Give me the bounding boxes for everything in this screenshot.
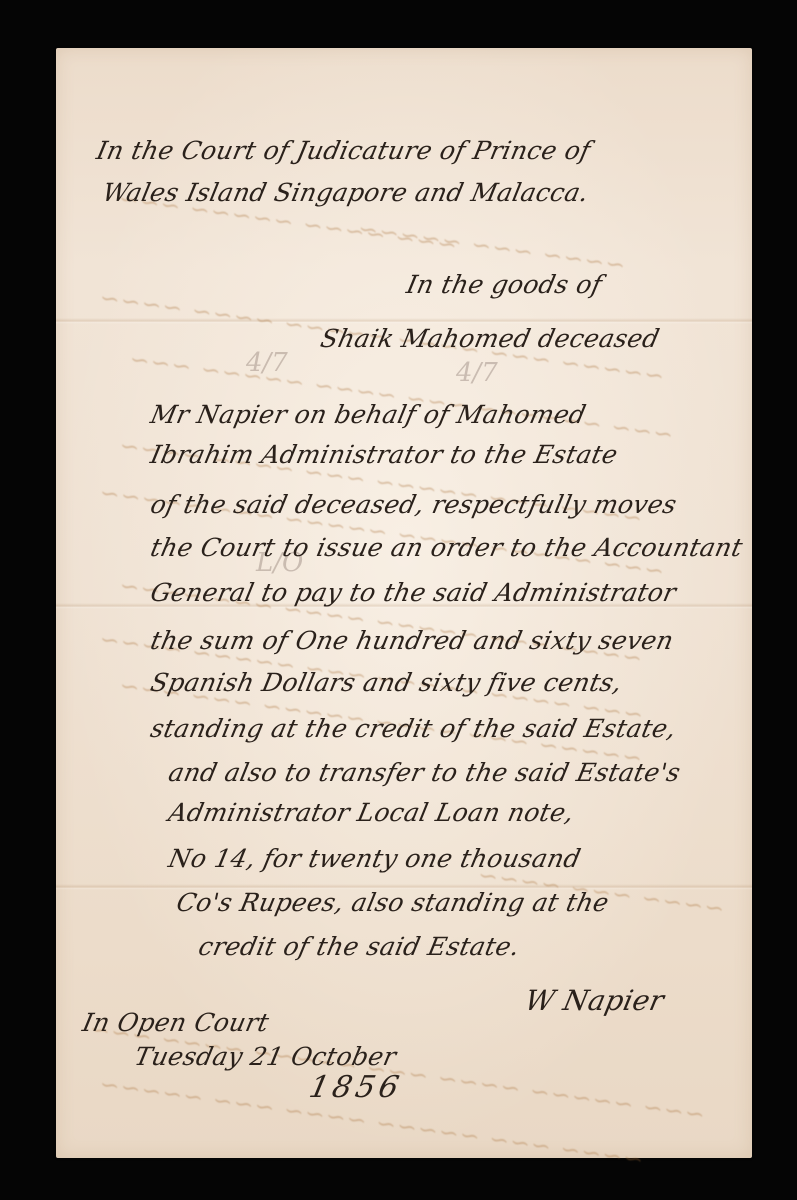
body-line: standing at the credit of the said Estat… bbox=[148, 714, 679, 743]
endorsement-year: 1856 bbox=[306, 1070, 406, 1105]
pencil-mark: 4/7 bbox=[246, 348, 288, 378]
body-line: credit of the said Estate. bbox=[196, 932, 522, 961]
signature: W Napier bbox=[522, 984, 667, 1017]
endorsement-line-2: Tuesday 21 October bbox=[132, 1042, 399, 1071]
body-line: and also to transfer to the said Estate'… bbox=[166, 758, 683, 787]
case-title-line-2: Shaik Mahomed deceased bbox=[318, 324, 662, 353]
body-line: Administrator Local Loan note, bbox=[166, 798, 577, 827]
body-line: No 14, for twenty one thousand bbox=[166, 844, 583, 873]
body-line: the Court to issue an order to the Accou… bbox=[148, 533, 745, 562]
body-line: General to pay to the said Administrator bbox=[148, 578, 679, 607]
manuscript-page: ~~~ ~~~~ ~~~~~ ~~~ ~~~~ ~~~ ~~~~~ ~~~~~ … bbox=[56, 48, 752, 1158]
endorsement-line-1: In Open Court bbox=[80, 1008, 272, 1037]
case-title-line-1: In the goods of bbox=[404, 270, 605, 299]
body-line: Co's Rupees, also standing at the bbox=[174, 888, 612, 917]
court-heading-line-2: Wales Island Singapore and Malacca. bbox=[100, 178, 591, 207]
body-line: Mr Napier on behalf of Mahomed bbox=[148, 400, 589, 429]
pencil-mark: 4/7 bbox=[456, 358, 498, 388]
body-line: Ibrahim Administrator to the Estate bbox=[148, 440, 621, 469]
body-line: of the said deceased, respectfully moves bbox=[148, 490, 679, 519]
body-line: the sum of One hundred and sixty seven bbox=[148, 626, 676, 655]
body-line: Spanish Dollars and sixty five cents, bbox=[148, 668, 625, 697]
court-heading-line-1: In the Court of Judicature of Prince of bbox=[94, 136, 593, 165]
